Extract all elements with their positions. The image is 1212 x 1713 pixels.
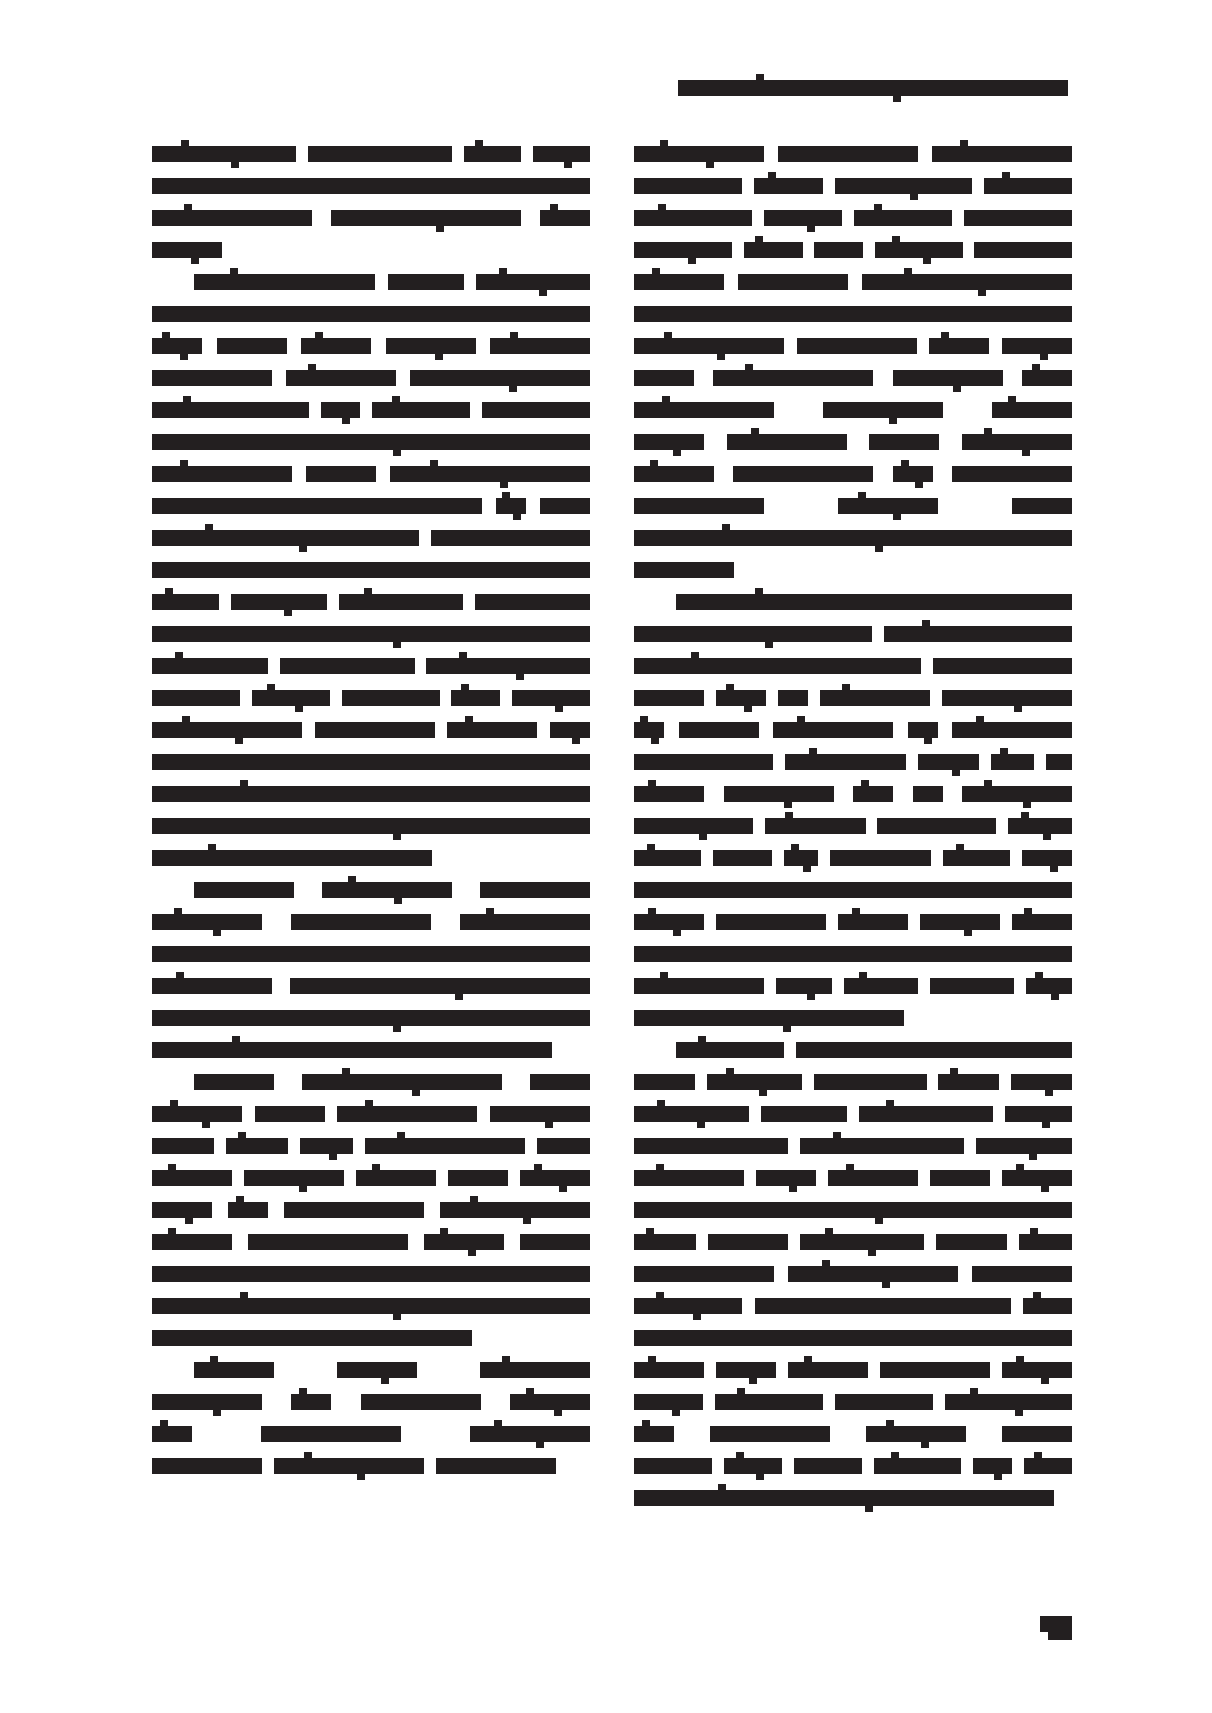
text-line	[634, 942, 1072, 966]
redacted-word	[431, 530, 590, 546]
text-line	[634, 1230, 1072, 1254]
redacted-word	[490, 1106, 590, 1122]
text-line	[152, 1134, 590, 1158]
redacted-word	[778, 690, 808, 706]
redacted-word	[152, 946, 590, 962]
page-number: [redacted page number]	[1040, 1616, 1072, 1640]
redacted-word	[634, 466, 714, 482]
redacted-word	[942, 690, 1072, 706]
text-line	[152, 398, 590, 422]
redacted-word	[194, 882, 294, 898]
redacted-word	[869, 434, 939, 450]
text-line	[634, 1326, 1072, 1350]
redacted-word	[984, 178, 1072, 194]
redacted-word	[634, 850, 701, 866]
redacted-word	[306, 466, 376, 482]
redacted-word	[1012, 498, 1072, 514]
redacted-word	[152, 754, 590, 770]
text-line	[152, 1422, 590, 1446]
redacted-word	[361, 1394, 481, 1410]
redacted-word	[823, 402, 943, 418]
redacted-word	[537, 1138, 590, 1154]
redacted-word	[634, 1074, 695, 1090]
redacted-word	[634, 338, 784, 354]
redacted-word	[152, 818, 590, 834]
redacted-word	[520, 1234, 590, 1250]
redacted-word	[854, 210, 952, 226]
text-line	[152, 654, 590, 678]
text-line	[152, 1326, 590, 1350]
redacted-word	[738, 274, 848, 290]
redacted-word	[342, 690, 440, 706]
redacted-word	[634, 882, 1072, 898]
redacted-word	[634, 1266, 774, 1282]
text-line	[152, 558, 590, 582]
redacted-word	[773, 722, 893, 738]
redacted-word	[470, 1426, 590, 1442]
redacted-word	[152, 978, 272, 994]
redacted-word	[838, 498, 938, 514]
page-number-block	[1040, 1616, 1072, 1632]
redacted-word	[634, 210, 752, 226]
redacted-word	[634, 1426, 674, 1442]
redacted-word	[152, 1042, 552, 1058]
redacted-word	[1012, 914, 1072, 930]
redacted-word	[388, 274, 464, 290]
text-line	[152, 462, 590, 486]
redacted-word	[788, 1266, 958, 1282]
redacted-word	[764, 210, 842, 226]
redacted-word	[952, 466, 1072, 482]
redacted-word	[152, 722, 302, 738]
redacted-word	[715, 1394, 823, 1410]
redacted-word	[231, 594, 327, 610]
redacted-word	[1026, 978, 1072, 994]
redacted-word	[152, 498, 482, 514]
text-line	[152, 1198, 590, 1222]
document-page: [redacted running head] [redacted page n…	[0, 0, 1212, 1713]
redacted-word	[152, 1234, 232, 1250]
redacted-word	[300, 1138, 353, 1154]
redacted-word	[1024, 1458, 1072, 1474]
redacted-word	[372, 402, 470, 418]
text-line	[152, 846, 590, 870]
redacted-word	[451, 690, 500, 706]
text-line	[634, 686, 1072, 710]
redacted-word	[634, 1298, 742, 1314]
text-line	[634, 558, 1072, 582]
text-line	[634, 526, 1072, 550]
redacted-word	[244, 1170, 344, 1186]
text-line	[152, 782, 590, 806]
redacted-word	[893, 466, 933, 482]
redacted-word	[634, 402, 774, 418]
text-line	[152, 814, 590, 838]
redacted-word	[152, 658, 268, 674]
text-line	[152, 1166, 590, 1190]
text-line	[152, 622, 590, 646]
redacted-word	[286, 370, 396, 386]
redacted-word	[853, 786, 893, 802]
redacted-word	[386, 338, 476, 354]
text-line	[634, 142, 1072, 166]
redacted-word	[676, 594, 1072, 610]
redacted-word	[540, 210, 590, 226]
text-line	[152, 1390, 590, 1414]
redacted-word	[634, 1234, 696, 1250]
redacted-word	[634, 178, 742, 194]
text-line	[152, 750, 590, 774]
redacted-word	[255, 1106, 325, 1122]
text-line	[634, 590, 1072, 614]
redacted-word	[496, 498, 526, 514]
redacted-word	[724, 786, 834, 802]
redacted-word	[634, 722, 664, 738]
redacted-word	[964, 210, 1072, 226]
text-line	[152, 1262, 590, 1286]
redacted-word	[893, 370, 1003, 386]
redacted-word	[1011, 1074, 1072, 1090]
redacted-word	[301, 338, 371, 354]
text-line	[634, 1038, 1072, 1062]
redacted-word	[390, 466, 590, 482]
redacted-word	[280, 658, 415, 674]
redacted-word	[634, 1394, 703, 1410]
text-line	[152, 974, 590, 998]
text-line	[152, 942, 590, 966]
text-line	[634, 334, 1072, 358]
text-line	[152, 1358, 590, 1382]
redacted-word	[634, 530, 1072, 546]
redacted-word	[291, 1394, 331, 1410]
redacted-word	[1005, 1106, 1072, 1122]
redacted-word	[814, 1074, 927, 1090]
text-line	[152, 206, 590, 230]
redacted-word	[727, 434, 847, 450]
text-line	[634, 1070, 1072, 1094]
text-line	[152, 366, 590, 390]
text-line	[152, 878, 590, 902]
redacted-word	[756, 1170, 816, 1186]
text-line	[634, 270, 1072, 294]
text-line	[152, 686, 590, 710]
redacted-word	[152, 242, 222, 258]
redacted-word	[884, 626, 1072, 642]
redacted-word	[862, 274, 1072, 290]
redacted-word	[248, 1234, 408, 1250]
redacted-word	[634, 1490, 1054, 1506]
text-line	[152, 1294, 590, 1318]
redacted-word	[447, 722, 537, 738]
redacted-word	[152, 210, 312, 226]
redacted-word	[974, 242, 1072, 258]
redacted-word	[634, 1362, 704, 1378]
redacted-word	[228, 1202, 268, 1218]
redacted-word	[713, 370, 873, 386]
redacted-word	[814, 242, 863, 258]
text-line	[634, 1390, 1072, 1414]
redacted-word	[302, 1074, 502, 1090]
text-line	[634, 846, 1072, 870]
text-line	[152, 1102, 590, 1126]
text-line	[152, 1038, 590, 1062]
redacted-word	[938, 1074, 999, 1090]
redacted-word	[972, 1266, 1072, 1282]
redacted-word	[634, 754, 773, 770]
redacted-word	[339, 594, 463, 610]
text-line	[152, 430, 590, 454]
redacted-word	[274, 1458, 424, 1474]
text-line	[634, 430, 1072, 454]
redacted-word	[800, 1138, 964, 1154]
redacted-word	[337, 1106, 477, 1122]
redacted-word	[152, 1266, 590, 1282]
text-line	[634, 1166, 1072, 1190]
redacted-word	[796, 1042, 1072, 1058]
redacted-word	[152, 914, 262, 930]
redacted-word	[634, 498, 764, 514]
text-line	[634, 1454, 1072, 1478]
redacted-word	[634, 1458, 712, 1474]
text-line	[634, 750, 1072, 774]
redacted-word	[788, 1362, 868, 1378]
redacted-word	[945, 1394, 1072, 1410]
page-number-block	[1048, 1632, 1072, 1640]
redacted-word	[284, 1202, 424, 1218]
text-line	[634, 1486, 1072, 1510]
text-line	[634, 910, 1072, 934]
redacted-word	[634, 1330, 1072, 1346]
redacted-word	[634, 242, 732, 258]
text-line	[152, 142, 590, 166]
redacted-word	[152, 1394, 262, 1410]
text-line	[634, 1294, 1072, 1318]
redacted-word	[426, 658, 590, 674]
redacted-word	[952, 722, 1072, 738]
redacted-word	[929, 338, 989, 354]
redacted-word	[936, 1234, 1007, 1250]
redacted-word	[331, 210, 521, 226]
redacted-word	[152, 530, 419, 546]
redacted-word	[261, 1426, 401, 1442]
redacted-word	[475, 594, 590, 610]
redacted-word	[365, 1138, 525, 1154]
redacted-word	[784, 850, 818, 866]
redacted-word	[962, 786, 1072, 802]
redacted-word	[875, 242, 963, 258]
redacted-word	[152, 434, 590, 450]
redacted-word	[634, 786, 704, 802]
redacted-word	[152, 466, 292, 482]
redacted-word	[830, 850, 931, 866]
text-line	[634, 366, 1072, 390]
redacted-word	[152, 402, 309, 418]
redacted-word	[800, 1234, 924, 1250]
redacted-word	[1022, 370, 1072, 386]
redacted-word	[550, 722, 590, 738]
redacted-word	[252, 690, 330, 706]
redacted-word	[530, 1074, 590, 1090]
redacted-word	[1002, 338, 1072, 354]
redacted-word	[835, 178, 972, 194]
redacted-word	[1002, 1362, 1072, 1378]
redacted-word	[634, 914, 704, 930]
redacted-word	[152, 786, 590, 802]
text-line	[152, 910, 590, 934]
redacted-word	[634, 1170, 744, 1186]
right-column	[634, 142, 1072, 1518]
redacted-word	[755, 1298, 1011, 1314]
redacted-word	[634, 306, 1072, 322]
redacted-word	[634, 274, 724, 290]
redacted-word	[464, 146, 521, 162]
redacted-word	[152, 1138, 214, 1154]
redacted-word	[776, 978, 832, 994]
redacted-word	[733, 466, 873, 482]
redacted-word	[820, 690, 930, 706]
text-line	[634, 1102, 1072, 1126]
redacted-word	[634, 1138, 788, 1154]
running-header: [redacted running head]	[678, 80, 1068, 96]
text-line	[634, 814, 1072, 838]
text-line	[634, 718, 1072, 742]
redacted-word	[290, 978, 590, 994]
redacted-word	[440, 1202, 590, 1218]
redacted-word	[510, 1394, 590, 1410]
redacted-word	[194, 274, 375, 290]
redacted-word	[708, 1234, 788, 1250]
text-line	[152, 526, 590, 550]
text-line	[634, 1262, 1072, 1286]
redacted-word	[859, 1106, 993, 1122]
redacted-word	[973, 1458, 1012, 1474]
redacted-word	[1046, 754, 1072, 770]
redacted-word	[908, 722, 938, 738]
redacted-word	[679, 722, 759, 738]
redacted-word	[226, 1138, 288, 1154]
redacted-word	[152, 626, 590, 642]
redacted-word	[315, 722, 435, 738]
redacted-word	[322, 882, 452, 898]
redacted-word	[194, 1074, 274, 1090]
redacted-word	[291, 914, 431, 930]
text-line	[152, 1070, 590, 1094]
redacted-word	[634, 626, 872, 642]
text-line	[152, 270, 590, 294]
redacted-word	[754, 178, 823, 194]
redacted-word	[634, 434, 704, 450]
redacted-word	[634, 978, 764, 994]
redacted-word	[448, 1170, 508, 1186]
redacted-word	[962, 434, 1072, 450]
redacted-word	[794, 1458, 862, 1474]
redacted-word	[930, 978, 1014, 994]
text-line	[152, 718, 590, 742]
redacted-word	[152, 146, 296, 162]
text-line	[634, 782, 1072, 806]
redacted-word	[991, 754, 1034, 770]
redacted-word	[480, 1362, 590, 1378]
redacted-word	[152, 1298, 590, 1314]
redacted-word	[152, 850, 432, 866]
redacted-word	[835, 1394, 933, 1410]
text-line	[634, 1198, 1072, 1222]
redacted-word	[932, 146, 1072, 162]
text-line	[152, 1454, 590, 1478]
redacted-word	[778, 146, 918, 162]
text-line	[634, 878, 1072, 902]
redacted-word	[436, 1458, 556, 1474]
redacted-word	[744, 242, 803, 258]
redacted-word	[152, 1170, 232, 1186]
redacted-word	[634, 1010, 904, 1026]
text-line	[152, 1230, 590, 1254]
redacted-word	[1022, 850, 1072, 866]
redacted-word	[152, 338, 202, 354]
redacted-word	[152, 1330, 472, 1346]
redacted-word	[476, 274, 590, 290]
redacted-word	[785, 754, 906, 770]
redacted-word	[992, 402, 1072, 418]
redacted-word	[410, 370, 590, 386]
text-line	[634, 1422, 1072, 1446]
redacted-word	[480, 882, 590, 898]
redacted-word	[976, 1138, 1072, 1154]
text-line	[634, 654, 1072, 678]
redacted-word	[152, 562, 590, 578]
redacted-word	[1002, 1170, 1072, 1186]
redacted-word	[482, 402, 590, 418]
text-line	[152, 590, 590, 614]
redacted-word	[533, 146, 590, 162]
redacted-word	[880, 1362, 990, 1378]
text-line	[634, 238, 1072, 262]
left-column	[152, 142, 590, 1486]
redacted-word	[918, 754, 979, 770]
text-line	[634, 1358, 1072, 1382]
text-line	[634, 398, 1072, 422]
text-line	[634, 462, 1072, 486]
redacted-word	[152, 1426, 192, 1442]
redacted-word	[844, 978, 918, 994]
redacted-word	[194, 1362, 274, 1378]
redacted-word	[540, 498, 590, 514]
redacted-word	[634, 370, 694, 386]
redacted-word	[217, 338, 287, 354]
redacted-word	[321, 402, 360, 418]
redacted-word	[676, 1042, 784, 1058]
redacted-text-block	[678, 80, 1068, 96]
redacted-word	[152, 1202, 212, 1218]
text-line	[634, 494, 1072, 518]
redacted-word	[356, 1170, 436, 1186]
redacted-word	[152, 1010, 590, 1026]
redacted-word	[943, 850, 1010, 866]
redacted-word	[424, 1234, 504, 1250]
text-line	[634, 1134, 1072, 1158]
redacted-word	[152, 178, 590, 194]
text-line	[152, 174, 590, 198]
redacted-word	[707, 1074, 802, 1090]
redacted-word	[152, 594, 219, 610]
redacted-word	[716, 1362, 776, 1378]
redacted-word	[716, 690, 766, 706]
redacted-word	[337, 1362, 417, 1378]
redacted-word	[933, 658, 1072, 674]
redacted-word	[634, 146, 764, 162]
text-line	[152, 1006, 590, 1030]
redacted-word	[634, 818, 753, 834]
